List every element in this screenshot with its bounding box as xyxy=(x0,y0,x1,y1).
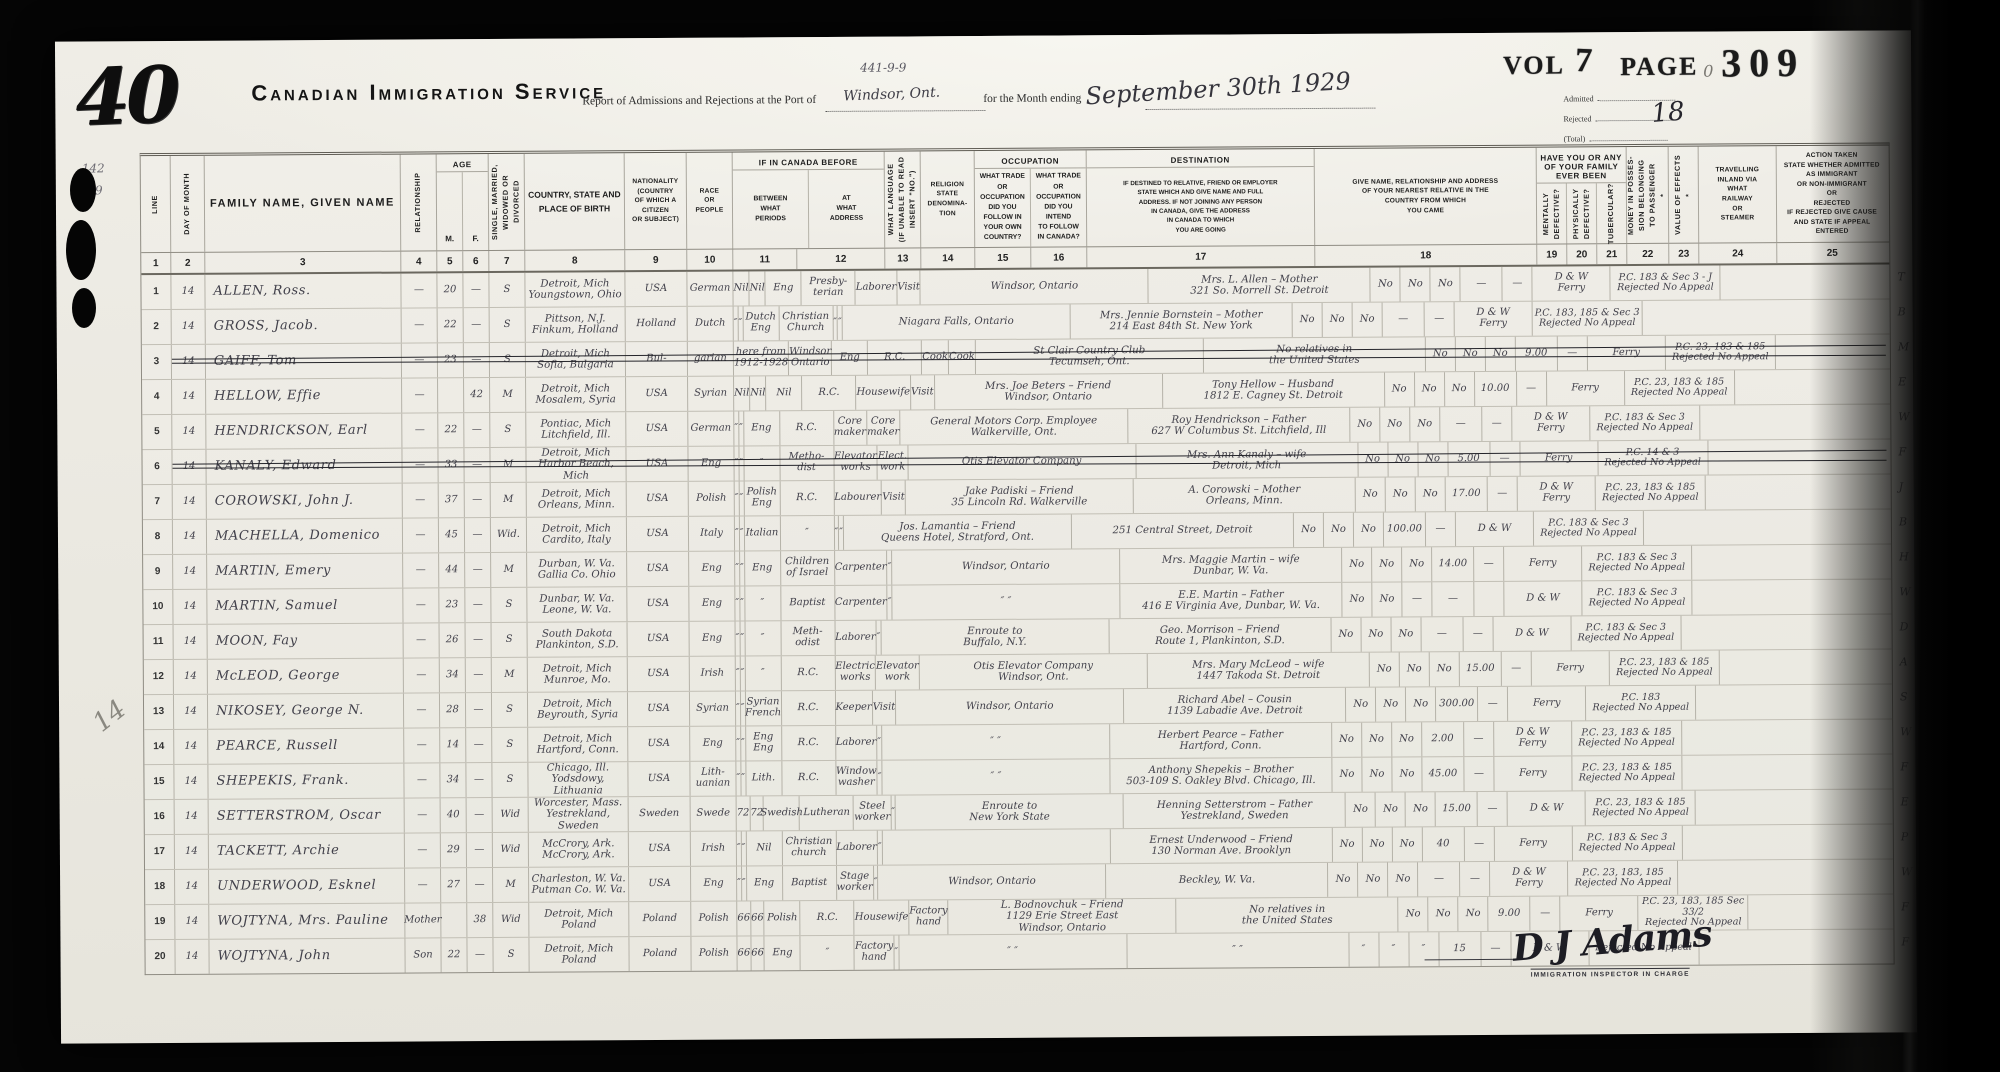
cell-nearest-relative: Mrs. Maggie Martin – wife Dunbar, W. Va. xyxy=(1120,548,1342,583)
column-number: 10 xyxy=(687,250,733,270)
cell-line: 6 xyxy=(142,450,172,484)
cell-relationship: — xyxy=(405,798,441,832)
cell-language: ″ xyxy=(745,656,781,690)
cell-relationship: — xyxy=(405,833,441,867)
cell-money: 10.00 xyxy=(1475,372,1517,406)
cell-mentally: No xyxy=(1371,267,1401,301)
col-race: RACE OR PEOPLE xyxy=(687,153,734,249)
rejected-total-value: 18 xyxy=(1650,97,1685,129)
cell-nationality: USA xyxy=(627,517,689,551)
cell-line: 3 xyxy=(142,345,172,379)
cell-marital-status: M xyxy=(491,483,527,517)
cell-occupation-home: Keeper xyxy=(835,691,872,725)
family-group-label: HAVE YOU OR ANY OF YOUR FAMILY EVER BEEN xyxy=(1537,147,1626,184)
cell-religion: Baptist xyxy=(781,586,835,620)
cell-name: ALLEN, Ross. xyxy=(205,274,401,309)
cell-money: 17.00 xyxy=(1446,477,1488,511)
col-occupation-home-label: WHAT TRADE OR OCCUPATION DID YOU FOLLOW … xyxy=(975,169,1031,247)
column-number: 18 xyxy=(1315,245,1537,266)
cell-language: Eng xyxy=(745,551,781,585)
cell-nationality: Sweden xyxy=(629,797,691,831)
cell-effects: — xyxy=(1502,652,1532,686)
cell-address: Nil xyxy=(750,376,766,410)
cell-race: Eng xyxy=(690,727,736,761)
cell-travel: Ferry xyxy=(1504,546,1582,580)
cell-language: Polish Eng xyxy=(744,481,780,515)
cell-effects: — xyxy=(1463,617,1493,651)
cell-language: Nil xyxy=(766,376,802,410)
cell-birthplace: Charleston, W. Va. Putman Co. W. Va. xyxy=(529,867,629,902)
cell-destination: General Motors Corp. Employee Walkervill… xyxy=(900,409,1128,444)
col-religion-label: RELIGION STATE DENOMINA- TION xyxy=(927,180,967,218)
cell-nationality: USA xyxy=(628,622,690,656)
cell-effects: — xyxy=(1482,407,1512,441)
cell-effects: — xyxy=(1490,442,1520,476)
cell-money: 5.00 xyxy=(1448,442,1490,476)
cell-age-f: — xyxy=(465,483,491,517)
cell-nationality: Bul- xyxy=(626,342,688,376)
cell-physically: No xyxy=(1324,513,1354,547)
cell-tubercular: No xyxy=(1410,407,1440,441)
cell-name: MARTIN, Samuel xyxy=(207,589,403,624)
cell-physically: No xyxy=(1380,407,1410,441)
cell-race: Eng xyxy=(691,867,737,901)
cell-age-m: 44 xyxy=(439,553,465,587)
cell-day: 14 xyxy=(173,555,207,589)
column-number: 5 xyxy=(437,251,463,271)
cell-marital-status: S xyxy=(491,588,527,622)
cell-money: — xyxy=(1421,617,1463,651)
cell-day: 14 xyxy=(175,870,209,904)
cell-religion: R.C. xyxy=(868,340,922,374)
col-language-label: WHAT LANGUAGE (IF UNABLE TO READ INSERT … xyxy=(886,157,919,243)
cell-action-taken: P.C. 183 & Sec 3 Rejected No Appeal xyxy=(1534,511,1644,546)
cell-day: 14 xyxy=(174,730,208,764)
cell-birthplace: Detroit, Mich Poland xyxy=(529,902,629,937)
cell-age-f: — xyxy=(467,798,493,832)
cell-marital-status: S xyxy=(490,343,526,377)
cell-religion: ″ xyxy=(780,516,834,550)
cell-travel: Ferry xyxy=(1588,336,1666,370)
cell-line: 16 xyxy=(145,800,175,834)
cell-line: 12 xyxy=(144,660,174,694)
col-marital-status-label: SINGLE, MARRIED, WIDOWED OR DIVORCED xyxy=(490,154,523,250)
cell-occupation-canada: Visit xyxy=(873,691,897,725)
cell-religion: R.C. xyxy=(780,411,834,445)
cell-religion: R.C. xyxy=(802,376,856,410)
cell-effects: — xyxy=(1425,302,1455,336)
cell-language: Eng xyxy=(744,411,780,445)
cell-effects: — xyxy=(1460,862,1490,896)
col-group-age: AGE M. F. xyxy=(437,154,490,250)
cell-language: Lith. xyxy=(746,761,782,795)
cell-language: Swedish xyxy=(764,796,800,830)
cell-age-m: 22 xyxy=(438,413,464,447)
cell-day: 14 xyxy=(172,415,206,449)
cell-periods: Nil xyxy=(734,376,750,410)
cell-nearest-relative: Geo. Morrison – Friend Route 1, Plankint… xyxy=(1109,618,1331,653)
cell-marital-status: M xyxy=(491,553,527,587)
column-number: 9 xyxy=(625,250,687,270)
cell-nationality: USA xyxy=(626,412,688,446)
cell-name: SHEPEKIS, Frank. xyxy=(208,764,404,799)
cell-age-f: — xyxy=(464,308,490,342)
cell-occupation-home: Carpenter xyxy=(835,551,888,585)
cell-destination: Otis Elevator Company Windsor, Ont. xyxy=(920,654,1148,689)
cell-tubercular: No xyxy=(1392,757,1422,791)
cell-nationality: USA xyxy=(629,867,691,901)
cell-age-m: 40 xyxy=(441,798,467,832)
cell-money: 15.00 xyxy=(1436,792,1478,826)
cell-money: 100.00 xyxy=(1384,512,1426,546)
film-edge-shadow xyxy=(1810,0,2000,1072)
cell-name: NIKOSEY, George N. xyxy=(208,694,404,729)
cell-name: KANALY, Edward xyxy=(206,449,402,484)
cell-effects: — xyxy=(1464,722,1494,756)
cell-relationship: — xyxy=(404,728,440,762)
cell-age-f: — xyxy=(466,728,492,762)
cell-nearest-relative: Ernest Underwood – Friend 130 Norman Ave… xyxy=(1111,828,1333,863)
cell-race: garian xyxy=(688,342,734,376)
month-label: for the Month ending xyxy=(983,92,1081,105)
cell-mentally: No xyxy=(1350,408,1380,442)
cell-birthplace: Worcester, Mass. Yestrekland, Sweden xyxy=(529,797,629,832)
cell-age-m: 37 xyxy=(439,483,465,517)
cell-birthplace: Detroit, Mich Harbor Beach, Mich xyxy=(526,447,626,482)
cell-tubercular: No xyxy=(1406,687,1436,721)
cell-destination: Enroute to New York State xyxy=(896,794,1124,829)
cell-tubercular: No xyxy=(1393,827,1423,861)
col-occupation-canada-label: WHAT TRADE OR OCCUPATION DID YOU INTEND … xyxy=(1031,168,1086,246)
port-value: Windsor, Ont. xyxy=(843,85,940,105)
cell-money: — xyxy=(1432,582,1474,616)
cell-occupation-home: Housewife xyxy=(855,900,910,934)
cell-day: 14 xyxy=(175,940,209,974)
cell-nationality: USA xyxy=(625,272,687,306)
total-label: (Total) xyxy=(1564,134,1586,143)
column-number: 19 xyxy=(1537,244,1567,264)
cell-age-m xyxy=(441,903,467,937)
cell-relationship: — xyxy=(402,378,438,412)
column-number: 24 xyxy=(1699,243,1777,263)
column-number: 21 xyxy=(1597,244,1627,264)
sheet-number-stamp: 40 xyxy=(67,49,184,144)
cell-name: MACHELLA, Domenico xyxy=(207,519,403,554)
col-line: LINE xyxy=(141,156,172,252)
cell-race: German xyxy=(688,412,734,446)
cell-name: UNDERWOOD, Esknel xyxy=(209,869,405,904)
cell-relationship: Son xyxy=(405,938,441,972)
cell-action-taken: P.C. 183 & Sec 3 Rejected No Appeal xyxy=(1573,826,1683,861)
cell-destination xyxy=(883,829,1111,864)
cell-money: 40 xyxy=(1423,827,1465,861)
cell-destination: Jake Padiski – Friend 35 Lincoln Rd. Wal… xyxy=(906,479,1134,514)
cell-physically: No xyxy=(1323,303,1353,337)
cell-occupation-canada: Visit xyxy=(911,375,935,409)
cell-language: Syrian French xyxy=(745,691,781,725)
cell-action-taken: P.C. 23, 183 & 185 Rejected No Appeal xyxy=(1586,791,1696,826)
cell-destination: Enroute to Buffalo, N.Y. xyxy=(881,619,1109,654)
column-number: 15 xyxy=(975,248,1031,268)
cell-day: 14 xyxy=(174,625,208,659)
cell-line: 9 xyxy=(143,555,173,589)
cell-age-f: 42 xyxy=(464,378,490,412)
cell-nearest-relative: Anthony Shepekis – Brother 503-109 S. Oa… xyxy=(1110,758,1332,793)
cell-race: Eng xyxy=(689,587,735,621)
film-artifact xyxy=(70,168,96,212)
cell-destination: Windsor, Ontario xyxy=(892,549,1120,584)
cell-tubercular: No xyxy=(1402,547,1432,581)
cell-nationality: USA xyxy=(627,552,689,586)
cell-line: 2 xyxy=(142,310,172,344)
cell-mentally: No xyxy=(1333,828,1363,862)
cell-age-m: 26 xyxy=(440,623,466,657)
col-birthplace: COUNTRY, STATE AND PLACE OF BIRTH xyxy=(525,153,626,250)
cell-language: Eng Eng xyxy=(746,726,782,760)
cell-action-taken: P.C. 183 & Sec 3 - J Rejected No Appeal xyxy=(1611,266,1721,301)
cell-tubercular: No xyxy=(1486,337,1516,371)
column-number: 8 xyxy=(525,250,625,271)
cell-religion: R.C. xyxy=(781,656,835,690)
column-number: 4 xyxy=(401,251,437,271)
cell-mentally: No xyxy=(1385,372,1415,406)
cell-nearest-relative: No relatives in the United States xyxy=(1177,897,1399,932)
col-destination-label: IF DESTINED TO RELATIVE, FRIEND OR EMPLO… xyxy=(1087,167,1314,246)
cell-relationship: — xyxy=(403,553,439,587)
column-number: 7 xyxy=(489,251,525,271)
cell-age-m: 34 xyxy=(440,763,466,797)
month-value: September 30th 1929 xyxy=(1085,67,1352,110)
cell-name: GROSS, Jacob. xyxy=(206,309,402,344)
cell-effects: — xyxy=(1503,267,1533,301)
cell-occupation-home: Electric works xyxy=(835,656,876,690)
immigration-ledger-table: LINE DAY OF MONTH FAMILY NAME, GIVEN NAM… xyxy=(140,142,1895,975)
cell-birthplace: Detroit, Mich Mosalem, Syria xyxy=(526,377,626,412)
cell-destination: Mrs. Joe Beters – Friend Windsor, Ontari… xyxy=(935,374,1163,409)
col-physically: PHYSICALLY DEFECTIVE? xyxy=(1567,183,1597,244)
column-number: 6 xyxy=(463,251,489,271)
cell-day: 14 xyxy=(173,520,207,554)
cell-effects: — xyxy=(1474,547,1504,581)
cell-day: 14 xyxy=(174,660,208,694)
cell-travel: D & W xyxy=(1504,581,1582,615)
cell-marital-status: S xyxy=(492,763,528,797)
cell-destination: Niagara Falls, Ontario xyxy=(843,304,1071,339)
cell-occupation-home: Carpenter xyxy=(835,586,888,620)
col-nationality-label: NATIONALITY (COUNTRY OF WHICH A CITIZEN … xyxy=(632,177,679,225)
pencil-scribble: 14 xyxy=(87,694,132,738)
cell-occupation-home: Core maker xyxy=(834,411,867,445)
col-nationality: NATIONALITY (COUNTRY OF WHICH A CITIZEN … xyxy=(625,153,688,249)
cell-day: 14 xyxy=(172,345,206,379)
cell-language: Eng xyxy=(766,271,802,305)
cell-line: 5 xyxy=(142,415,172,449)
cell-line: 17 xyxy=(145,835,175,869)
col-mentally: MENTALLY DEFECTIVE? xyxy=(1537,183,1567,244)
month-underline xyxy=(1145,108,1375,110)
cell-line: 11 xyxy=(144,625,174,659)
column-number: 12 xyxy=(797,249,885,270)
cell-relationship: — xyxy=(402,413,438,447)
cell-nationality: Poland xyxy=(629,937,691,971)
cell-action-taken: P.C. 183 & Sec 3 Rejected No Appeal xyxy=(1582,546,1692,581)
vol-label: VOL xyxy=(1503,50,1565,80)
cell-money: 45.00 xyxy=(1422,757,1464,791)
occupation-group-label: OCCUPATION xyxy=(975,150,1086,169)
cell-language: Polish xyxy=(765,901,801,935)
cell-nationality: Holland xyxy=(626,307,688,341)
col-nearest-relative-label: GIVE NAME, RELATIONSHIP AND ADDRESS OF Y… xyxy=(1352,177,1498,216)
cell-periods: 66 xyxy=(737,936,751,970)
cell-physically: No xyxy=(1358,863,1388,897)
cell-physically: No xyxy=(1388,442,1418,476)
cell-physically: No xyxy=(1456,337,1486,371)
cell-marital-status: S xyxy=(490,308,526,342)
cell-effects xyxy=(1474,582,1504,616)
col-destination: DESTINATION IF DESTINED TO RELATIVE, FRI… xyxy=(1087,149,1316,246)
cell-age-m: 14 xyxy=(440,728,466,762)
cell-age-m: 22 xyxy=(438,308,464,342)
cell-race: Polish xyxy=(691,902,737,936)
cell-nearest-relative: Richard Abel – Cousin 1139 Labadie Ave. … xyxy=(1124,688,1346,723)
cell-mentally: No xyxy=(1342,548,1372,582)
cell-tubercular: No xyxy=(1430,652,1460,686)
cell-age-m: 28 xyxy=(440,693,466,727)
film-artifact xyxy=(66,220,96,280)
col-group-occupation: OCCUPATION WHAT TRADE OR OCCUPATION DID … xyxy=(975,150,1088,247)
cell-travel: D & W xyxy=(1456,512,1534,546)
cell-relationship: — xyxy=(402,448,438,482)
cell-age-m: 20 xyxy=(437,273,463,307)
cell-mentally: No xyxy=(1328,863,1358,897)
cell-physically: No xyxy=(1372,547,1402,581)
cell-action-taken: P.C. 23, 183 & 185 Rejected No Appeal xyxy=(1666,335,1776,370)
cell-age-f: — xyxy=(463,273,489,307)
cell-tubercular: No xyxy=(1353,303,1383,337)
cell-tubercular: No xyxy=(1391,617,1421,651)
col-effects-label: VALUE OF EFFECTS * xyxy=(1672,155,1694,235)
cell-marital-status: Wid. xyxy=(491,518,527,552)
col-effects: VALUE OF EFFECTS * xyxy=(1669,147,1700,243)
cell-nearest-relative: Roy Hendrickson – Father 627 W Columbus … xyxy=(1128,408,1350,443)
film-artifact xyxy=(72,288,96,328)
cell-occupation-home: Labourer xyxy=(834,481,882,515)
cell-mentally: No xyxy=(1370,652,1400,686)
cell-religion: Presby- terian xyxy=(802,271,856,305)
col-nearest-relative: GIVE NAME, RELATIONSHIP AND ADDRESS OF Y… xyxy=(1315,148,1538,245)
cell-name: SETTERSTROM, Oscar xyxy=(209,799,405,834)
cell-religion: Metho- dist xyxy=(780,446,834,480)
cell-birthplace: Dunbar, W. Va. Leone, W. Va. xyxy=(527,587,627,622)
cell-day: 14 xyxy=(175,800,209,834)
cell-tubercular: — xyxy=(1402,582,1432,616)
cell-nearest-relative: 251 Central Street, Detroit xyxy=(1072,513,1294,548)
cell-age-f: — xyxy=(465,553,491,587)
cell-relationship: — xyxy=(403,518,439,552)
cell-name: COROWSKI, John J. xyxy=(207,484,403,519)
cell-age-f: 38 xyxy=(467,903,493,937)
cell-destination: Windsor, Ontario xyxy=(896,689,1124,724)
cell-religion: R.C. xyxy=(781,691,835,725)
cell-money: 300.00 xyxy=(1436,687,1478,721)
cell-language: Italian xyxy=(744,516,780,550)
cell-relationship: — xyxy=(404,763,440,797)
cell-action-taken: P.C. 23, 183 & 185 Rejected No Appeal xyxy=(1596,476,1706,511)
cell-mentally: No xyxy=(1399,897,1429,931)
cell-age-f: — xyxy=(466,693,492,727)
column-number: 23 xyxy=(1669,244,1699,264)
cell-race: Polish xyxy=(691,937,737,971)
cell-relationship: — xyxy=(404,623,440,657)
age-group-label: AGE xyxy=(437,154,488,172)
cell-occupation-home: Stage worker xyxy=(837,866,874,900)
cell-marital-status: S xyxy=(492,623,528,657)
cell-occupation-canada: Visit xyxy=(882,480,906,514)
cell-birthplace: Durban, W. Va. Gallia Co. Ohio xyxy=(527,552,627,587)
cell-destination: ″ ″ xyxy=(882,724,1110,759)
microfilm-scan: 40 Canadian Immigration Service Report o… xyxy=(0,0,2000,1072)
cell-language: Eng xyxy=(765,936,801,970)
cell-marital-status: M xyxy=(490,378,526,412)
cell-travel: D & W xyxy=(1508,791,1586,825)
cell-occupation-home: Factory hand xyxy=(855,936,895,970)
page-title: Canadian Immigration Service xyxy=(251,78,606,106)
cell-money: 9.00 xyxy=(1516,337,1558,371)
cell-action-taken: P.C. 183 & Sec 3 Rejected No Appeal xyxy=(1571,616,1681,651)
total-row: (Total) xyxy=(1564,134,1714,144)
cell-marital-status: S xyxy=(490,413,526,447)
cell-physically: ″ xyxy=(1379,932,1409,966)
cell-marital-status: M xyxy=(492,658,528,692)
canada-before-group-label: IF IN CANADA BEFORE xyxy=(733,152,884,171)
cell-nationality: Poland xyxy=(629,902,691,936)
cell-nationality: USA xyxy=(626,447,688,481)
table-body: 1 14 ALLEN, Ross. — 20 — S Detroit, Mich… xyxy=(141,264,1893,974)
cell-birthplace: South Dakota Plankinton, S.D. xyxy=(528,622,628,657)
cell-name: HENDRICKSON, Earl xyxy=(206,414,402,449)
cell-destination: Windsor, Ontario xyxy=(921,269,1149,304)
cell-tubercular: No xyxy=(1406,792,1436,826)
cell-marital-status: M xyxy=(493,868,529,902)
cell-travel: Ferry xyxy=(1532,651,1610,685)
cell-effects: — xyxy=(1558,336,1588,370)
cell-day: 14 xyxy=(175,905,209,939)
cell-birthplace: Detroit, Mich Youngstown, Ohio xyxy=(525,272,625,307)
cell-travel: D & W Ferry xyxy=(1518,476,1596,510)
cell-race: Eng xyxy=(689,552,735,586)
cell-action-taken: P.C. 23, 183 & 185 Rejected No Appeal xyxy=(1610,651,1720,686)
cell-mentally: No xyxy=(1356,478,1386,512)
cell-action-taken: P.C. 23, 183 & 185 Rejected No Appeal xyxy=(1625,370,1735,405)
cell-mentally: No xyxy=(1346,688,1376,722)
cell-relationship: — xyxy=(402,343,438,377)
col-line-label: LINE xyxy=(150,195,161,214)
cell-race: Irish xyxy=(691,832,737,866)
cell-effects: — xyxy=(1465,827,1495,861)
cell-line: 13 xyxy=(144,695,174,729)
cell-physically: No xyxy=(1401,267,1431,301)
cell-physically: No xyxy=(1363,828,1393,862)
cell-action-taken: P.C. 183 & Sec 3 Rejected No Appeal xyxy=(1590,406,1700,441)
cell-destination: ″ ″ xyxy=(892,584,1120,619)
cell-occupation-canada: Core maker xyxy=(867,411,900,445)
cell-mentally: No xyxy=(1293,303,1323,337)
column-number: 3 xyxy=(205,252,401,273)
cell-travel: Ferry xyxy=(1547,371,1625,405)
cell-physically: No xyxy=(1362,723,1392,757)
cell-marital-status: S xyxy=(492,693,528,727)
cell-mentally: No xyxy=(1346,793,1376,827)
